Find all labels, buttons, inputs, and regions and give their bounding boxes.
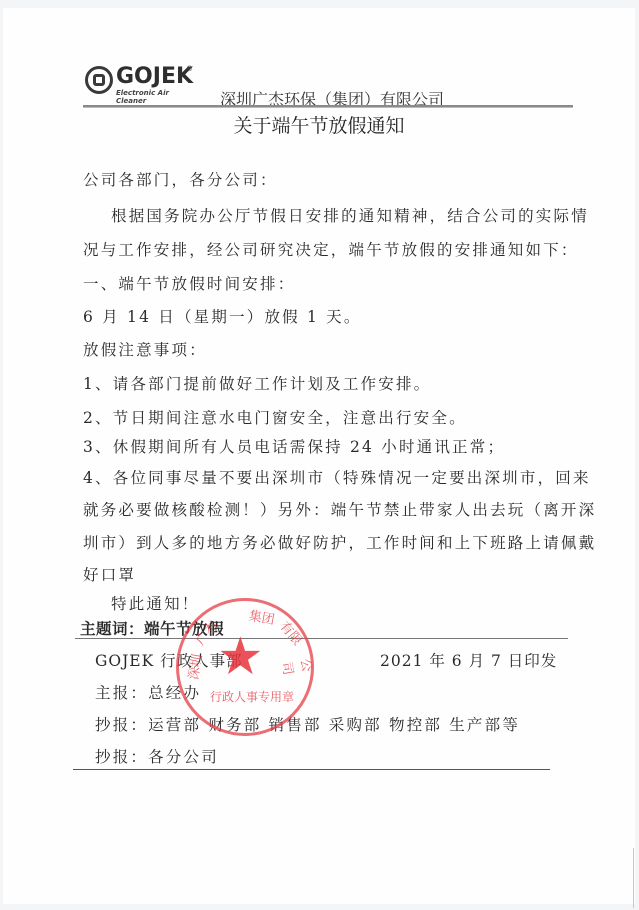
page-edge (633, 848, 634, 908)
document-title: 关于端午节放假通知 (3, 111, 635, 138)
header-divider (83, 105, 573, 108)
subject-keywords: 主题词：端午节放假 (80, 617, 224, 639)
cc-branches: 抄报：各分公司 (95, 745, 219, 767)
logo-g-icon (85, 66, 113, 94)
note-item: 3、休假期间所有人员电话需保持 24 小时通讯正常； (83, 435, 505, 457)
seal-outer-text-part: 公司 (278, 657, 320, 687)
subject-value: 端午节放假 (144, 620, 224, 638)
issue-date: 2021 年 6 月 7 日印发 (380, 649, 557, 671)
closing: 特此通知！ (111, 592, 200, 614)
registered-mark: ® (186, 65, 193, 73)
salutation: 公司各部门，各分公司： (83, 168, 278, 190)
intro-line-1: 根据国务院办公厅节假日安排的通知精神，结合公司的实际情 (111, 204, 589, 226)
main-report: 主报：总经办 (95, 681, 201, 703)
issuer: GOJEK 行政人事部 (95, 649, 243, 671)
logo-brand: GOJEK (116, 65, 193, 89)
section1-heading: 一、端午节放假时间安排： (83, 272, 295, 294)
intro-line-2: 况与工作安排，经公司研究决定，端午节放假的安排通知如下： (83, 238, 579, 260)
notes-heading: 放假注意事项： (83, 338, 207, 360)
note-item: 4、各位同事尽量不要出深圳市（特殊情况一定要出深圳市，回来 (83, 466, 591, 488)
logo-tagline: Electronic Air Cleaner (116, 89, 195, 105)
footer-divider-bottom (73, 769, 550, 770)
footer-divider-top (75, 638, 568, 639)
subject-label: 主题词： (80, 620, 144, 638)
seal-inner-text: 行政人事专用章 (210, 688, 294, 705)
document-page: GOJEK ® Electronic Air Cleaner 深圳广杰环保（集团… (3, 8, 635, 904)
seal-outer-text: 集团 (248, 605, 277, 628)
note-item: 2、节日期间注意水电门窗安全，注意出行安全。 (83, 406, 467, 428)
cc-departments: 抄报：运营部 财务部 销售部 采购部 物控部 生产部等 (95, 713, 520, 735)
note-continuation: 圳市）到人多的地方务必做好防护，工作时间和上下班路上请佩戴 (83, 531, 596, 553)
seal-outer-text-part: 有限 (276, 616, 307, 648)
note-continuation: 就务必要做核酸检测！）另外：端午节禁止带家人出去玩（离开深 (83, 498, 596, 520)
company-logo: GOJEK ® Electronic Air Cleaner (85, 65, 195, 103)
note-continuation: 好口罩 (83, 563, 136, 585)
note-item: 1、请各部门提前做好工作计划及工作安排。 (83, 372, 431, 394)
section1-detail: 6 月 14 日（星期一）放假 1 天。 (83, 305, 362, 327)
